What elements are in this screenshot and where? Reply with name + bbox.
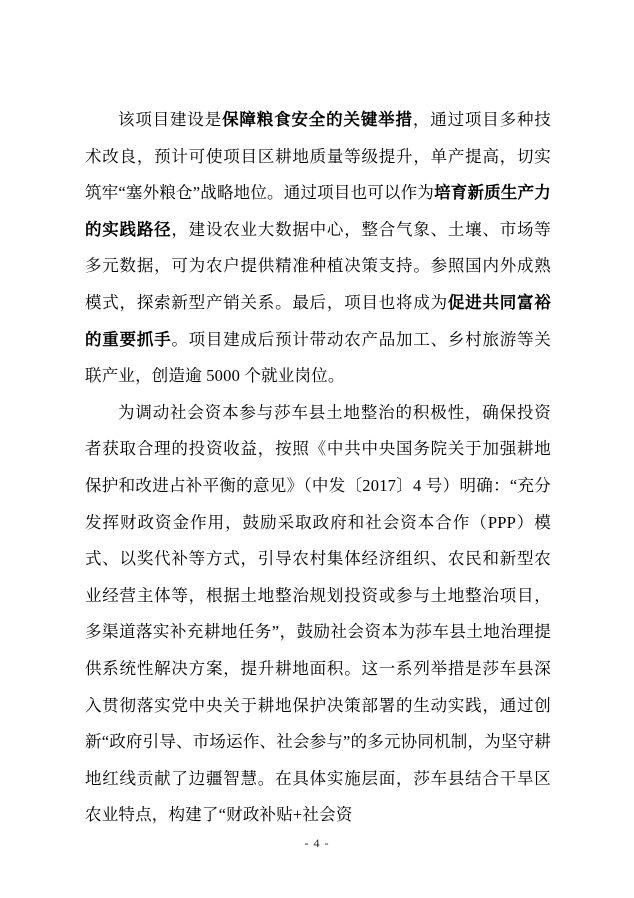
body-text: 为调动社会资本参与莎车县土地整治的积极性，确保投资者获取合理的投资收益，按照《中… (85, 403, 551, 825)
page-footer: - 4 - (0, 836, 634, 851)
paragraph: 为调动社会资本参与莎车县土地整治的积极性，确保投资者获取合理的投资收益，按照《中… (85, 395, 551, 834)
body-text: 该项目建设是 (118, 110, 222, 129)
document-body: 该项目建设是保障粮食安全的关键举措，通过项目多种技术改良，预计可使项目区耕地质量… (85, 102, 551, 834)
emphasis-text: 保障粮食安全的关键举措 (222, 110, 413, 129)
paragraph: 该项目建设是保障粮食安全的关键举措，通过项目多种技术改良，预计可使项目区耕地质量… (85, 102, 551, 395)
page-number: - 4 - (305, 836, 330, 850)
document-page: 该项目建设是保障粮食安全的关键举措，通过项目多种技术改良，预计可使项目区耕地质量… (0, 0, 634, 898)
